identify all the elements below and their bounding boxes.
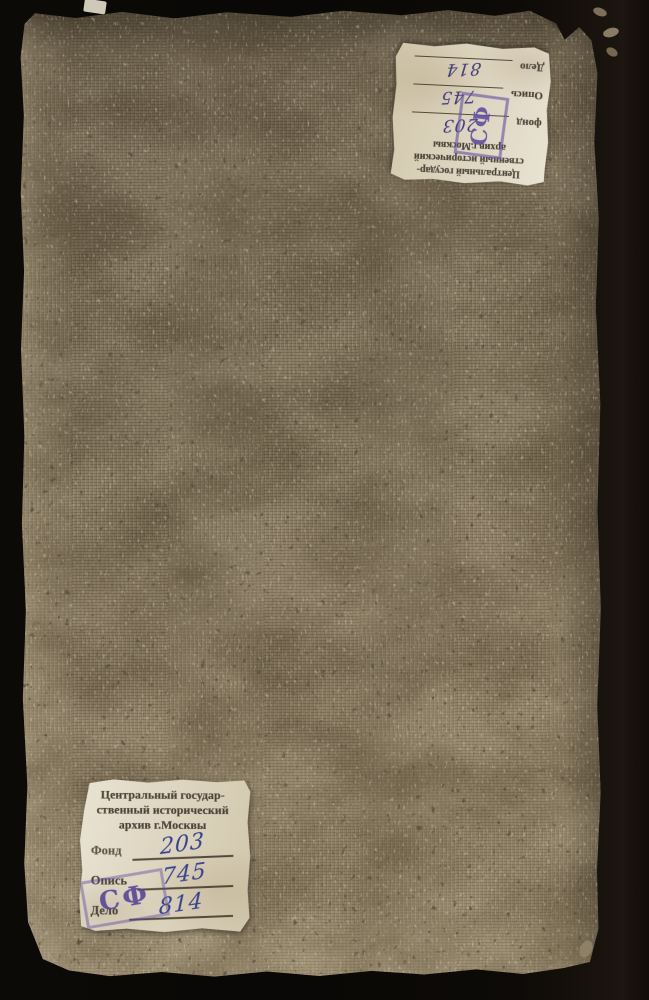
- archive-label-top: Центральный государ- ственный историческ…: [389, 40, 553, 188]
- opis-number: 745: [162, 859, 207, 891]
- frayed-thread: [602, 26, 620, 39]
- archive-name-line1: Центральный государ-: [74, 787, 251, 803]
- sf-stamp: СФ: [454, 92, 510, 160]
- fond-row: Фонд 203: [79, 833, 251, 864]
- archive-name-line2: ственный исторический: [74, 802, 251, 818]
- fond-label: Фонд: [91, 844, 122, 863]
- label-paper: Центральный государ- ственный историческ…: [389, 40, 553, 188]
- opis-label: Опись: [511, 85, 544, 101]
- frayed-thread: [592, 6, 608, 18]
- sf-stamp-text: СФ: [466, 104, 497, 148]
- sf-stamp-text: СФ: [97, 879, 153, 917]
- delo-label: Дело: [520, 57, 545, 73]
- photo-scene: Центральный государ- ственный историческ…: [0, 0, 649, 1000]
- fond-label: фонд: [516, 113, 542, 129]
- fond-number: 203: [159, 829, 204, 861]
- fond-underline: 203: [131, 830, 233, 861]
- loose-paper-edge: [83, 0, 107, 14]
- delo-number: 814: [444, 58, 481, 80]
- label-paper: Центральный государ- ственный историческ…: [78, 778, 251, 933]
- book-cover: Центральный государ- ственный историческ…: [17, 5, 604, 980]
- archive-name: Центральный государ- ственный историческ…: [74, 778, 251, 833]
- archive-label-bottom: Центральный государ- ственный историческ…: [78, 778, 251, 933]
- corner-tear: [542, 2, 598, 39]
- delo-underline: 814: [414, 55, 513, 81]
- frayed-thread: [605, 46, 619, 59]
